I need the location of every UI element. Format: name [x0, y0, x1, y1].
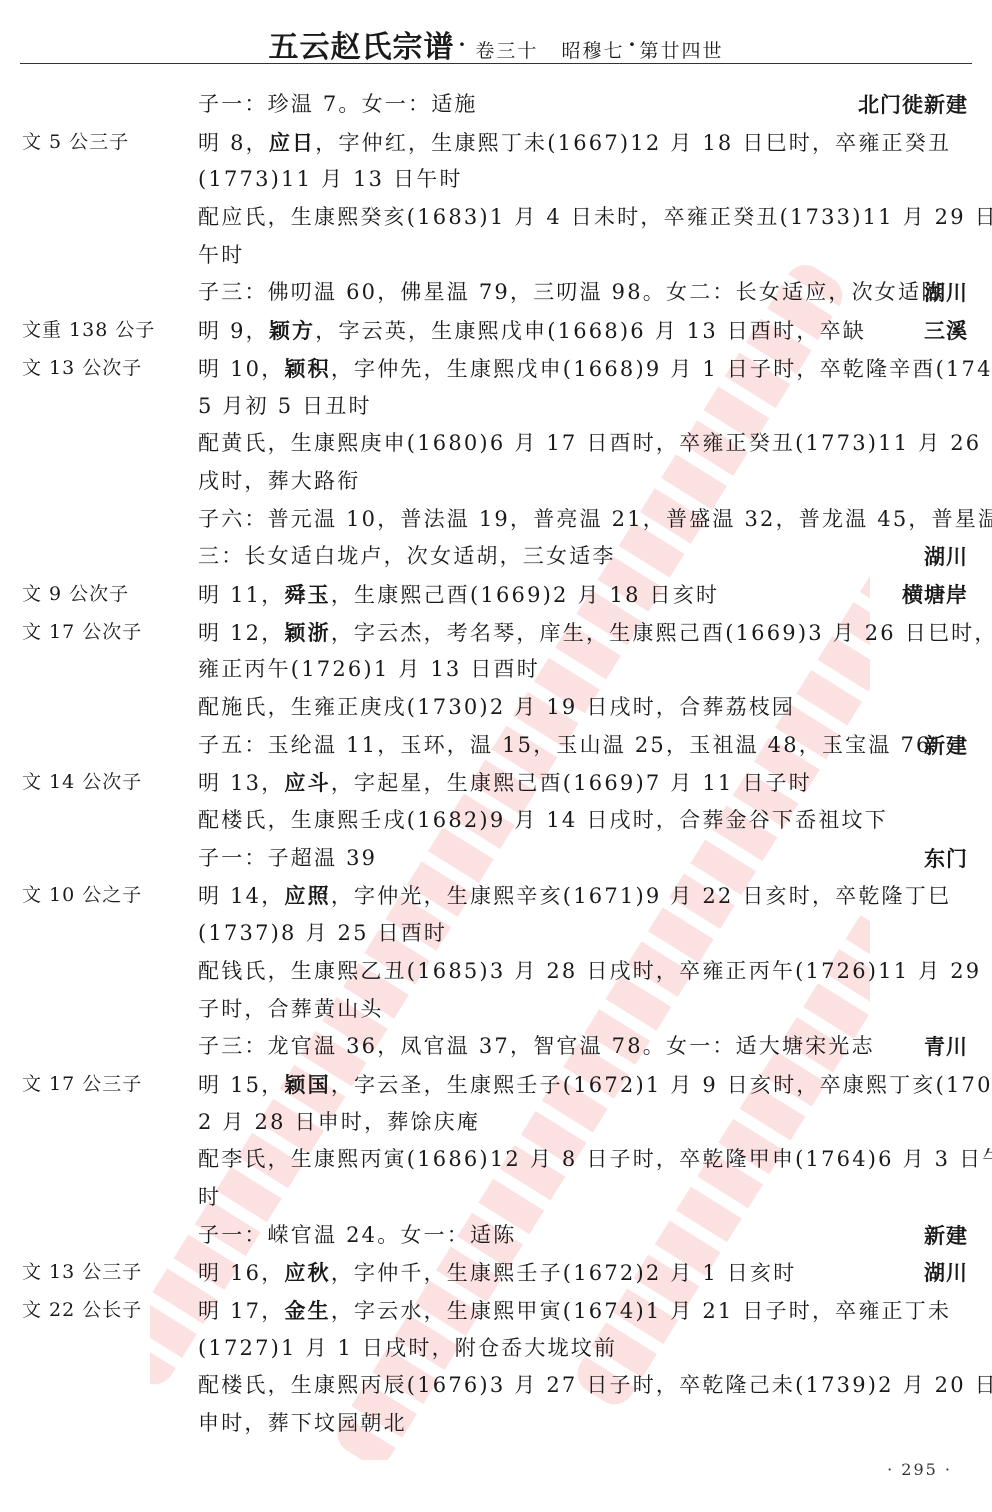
entry-text: 明 17，金生，字云水，生康熙甲寅(1674)1 月 21 日子时，卒雍正丁未 — [198, 1292, 951, 1331]
entry-text: 明 11，舜玉，生康熙己酉(1669)2 月 18 日亥时 — [198, 576, 719, 615]
entry-prefix: 明 9， — [198, 319, 269, 343]
entry-text: 子一：珍温 7。女一：适施 — [198, 86, 478, 124]
entry-text: 子一：嵘官温 24。女一：适陈 — [198, 1217, 516, 1255]
entry-text: (1727)1 月 1 日戌时，附仓岙大垅坟前 — [198, 1330, 617, 1368]
entry-line: 配施氏，生雍正庚戌(1730)2 月 19 日戌时，合葬荔枝园 — [0, 689, 992, 727]
entry-line: 子三：龙官温 36，凤官温 37，智官温 78。女一：适大塘宋光志青川 — [0, 1028, 992, 1066]
person-name: 应斗 — [284, 770, 330, 795]
entry-prefix: 子一：嵘官温 24。女一：适陈 — [198, 1223, 516, 1247]
lineage-label: 文 10 公之子 — [22, 877, 142, 915]
person-name: 应日 — [269, 130, 315, 155]
entry-prefix: 明 12， — [198, 621, 284, 645]
entry-prefix: 子三：佛叨温 60，佛星温 79，三叨温 98。女二：长女适应，次女适陈 — [198, 280, 944, 304]
entry-text: 配李氏，生康熙丙寅(1686)12 月 8 日子时，卒乾隆甲申(1764)6 月… — [198, 1141, 992, 1179]
entry-details: ，字起星，生康熙己酉(1669)7 月 11 日子时 — [331, 771, 812, 795]
entry-line: (1773)11 月 13 日午时 — [0, 161, 992, 199]
entry-line: 子六：普元温 10，普法温 19，普亮温 21，普盛温 32，普龙温 45，普星… — [0, 501, 992, 539]
entry-details: ，字仲光，生康熙辛亥(1671)9 月 22 日亥时，卒乾隆丁巳 — [331, 884, 951, 908]
residence-place: 新建 — [924, 727, 968, 765]
entry-prefix: 子一：珍温 7。女一：适施 — [198, 92, 478, 116]
entry-details: ，字云水，生康熙甲寅(1674)1 月 21 日子时，卒雍正丁未 — [331, 1299, 951, 1323]
person-name: 颖积 — [284, 356, 330, 381]
entry-line: 子一：嵘官温 24。女一：适陈新建 — [0, 1217, 992, 1255]
lineage-label: 文 13 公三子 — [22, 1254, 142, 1292]
entry-text: 配楼氏，生康熙壬戌(1682)9 月 14 日戌时，合葬金谷下岙祖坟下 — [198, 802, 888, 840]
residence-place: 新建 — [924, 1217, 968, 1255]
entry-text: 明 15，颖国，字云圣，生康熙壬子(1672)1 月 9 日亥时，卒康熙丁亥(1… — [198, 1066, 992, 1105]
entry-text: 明 13，应斗，字起星，生康熙己酉(1669)7 月 11 日子时 — [198, 764, 812, 803]
lineage-label: 文重 138 公子 — [22, 312, 155, 350]
residence-place: 湖川 — [924, 538, 968, 576]
entry-prefix: (1773)11 月 13 日午时 — [198, 167, 463, 191]
book-title: 五云赵氏宗谱 — [268, 30, 454, 65]
residence-place: 三溪 — [924, 312, 968, 350]
entry-prefix: 戌时，葬大路衔 — [198, 469, 360, 493]
entry-line: 文 17 公次子明 12，颖浙，字云杰，考名琴，庠生，生康熙己酉(1669)3 … — [0, 614, 992, 652]
entry-text: 午时 — [198, 237, 244, 275]
lineage-label: 文 9 公次子 — [22, 576, 129, 614]
entry-prefix: 配黄氏，生康熙庚申(1680)6 月 17 日酉时，卒雍正癸丑(1773)11 … — [198, 431, 992, 455]
entry-line: (1727)1 月 1 日戌时，附仓岙大垅坟前 — [0, 1330, 992, 1368]
entry-line: 三：长女适白垅卢，次女适胡，三女适李湖川 — [0, 538, 992, 576]
entry-line: 雍正丙午(1726)1 月 13 日酉时 — [0, 651, 992, 689]
entry-text: 三：长女适白垅卢，次女适胡，三女适李 — [198, 538, 616, 576]
entry-prefix: 明 16， — [198, 1261, 284, 1285]
page-header: 五云赵氏宗谱·卷三十 昭穆七·第廿四世 — [0, 22, 992, 62]
entry-prefix: 三：长女适白垅卢，次女适胡，三女适李 — [198, 544, 616, 568]
person-name: 舜玉 — [284, 582, 330, 607]
entry-text: 雍正丙午(1726)1 月 13 日酉时 — [198, 651, 540, 689]
entry-details: ，字仲红，生康熙丁未(1667)12 月 18 日巳时，卒雍正癸丑 — [315, 131, 951, 155]
entry-line: 配楼氏，生康熙壬戌(1682)9 月 14 日戌时，合葬金谷下岙祖坟下 — [0, 802, 992, 840]
entry-prefix: 配应氏，生康熙癸亥(1683)1 月 4 日未时，卒雍正癸丑(1733)11 月… — [198, 205, 992, 229]
header-rule — [20, 63, 972, 64]
entry-line: (1737)8 月 25 日酉时 — [0, 915, 992, 953]
entry-prefix: 配李氏，生康熙丙寅(1686)12 月 8 日子时，卒乾隆甲申(1764)6 月… — [198, 1147, 992, 1171]
page-number: · 295 · — [887, 1460, 952, 1479]
entry-prefix: 5 月初 5 日丑时 — [198, 394, 372, 418]
separator-dot: · — [458, 32, 465, 56]
entry-line: 文 13 公次子明 10，颖积，字仲先，生康熙戊申(1668)9 月 1 日子时… — [0, 350, 992, 388]
entry-prefix: 雍正丙午(1726)1 月 13 日酉时 — [198, 657, 540, 681]
section-label: 昭穆七 — [562, 40, 625, 62]
entry-details: ，字仲先，生康熙戊申(1668)9 月 1 日子时，卒乾隆辛酉(1741) — [331, 357, 992, 381]
entry-text: 明 10，颖积，字仲先，生康熙戊申(1668)9 月 1 日子时，卒乾隆辛酉(1… — [198, 350, 992, 389]
entry-line: 文 17 公三子明 15，颖国，字云圣，生康熙壬子(1672)1 月 9 日亥时… — [0, 1066, 992, 1104]
entry-text: 子一：子超温 39 — [198, 840, 377, 878]
entry-prefix: (1727)1 月 1 日戌时，附仓岙大垅坟前 — [198, 1336, 617, 1360]
entry-text: 2 月 28 日申时，葬馀庆庵 — [198, 1104, 480, 1142]
entry-prefix: 时 — [198, 1185, 221, 1209]
entry-line: 5 月初 5 日丑时 — [0, 388, 992, 426]
entry-prefix: 2 月 28 日申时，葬馀庆庵 — [198, 1110, 480, 1134]
entry-text: 明 16，应秋，字仲千，生康熙壬子(1672)2 月 1 日亥时 — [198, 1254, 796, 1293]
entry-line: 配黄氏，生康熙庚申(1680)6 月 17 日酉时，卒雍正癸丑(1773)11 … — [0, 425, 992, 463]
lineage-label: 文 17 公三子 — [22, 1066, 142, 1104]
entry-text: 子三：佛叨温 60，佛星温 79，三叨温 98。女二：长女适应，次女适陈 — [198, 274, 944, 312]
entry-prefix: 配楼氏，生康熙丙辰(1676)3 月 27 日子时，卒乾隆己未(1739)2 月… — [198, 1373, 992, 1397]
residence-place: 横塘岸 — [902, 576, 968, 614]
entry-prefix: 明 13， — [198, 771, 284, 795]
entry-line: 子一：子超温 39东门 — [0, 840, 992, 878]
entry-details: ，字云圣，生康熙壬子(1672)1 月 9 日亥时，卒康熙丁亥(1707) — [331, 1073, 992, 1097]
entry-text: 时 — [198, 1179, 221, 1217]
entry-line: 子一：珍温 7。女一：适施北门徙新建 — [0, 86, 992, 124]
lineage-label: 文 13 公次子 — [22, 350, 142, 388]
entry-line: 配楼氏，生康熙丙辰(1676)3 月 27 日子时，卒乾隆己未(1739)2 月… — [0, 1367, 992, 1405]
residence-place: 湖川 — [924, 274, 968, 312]
entry-details: ，生康熙己酉(1669)2 月 18 日亥时 — [331, 583, 719, 607]
entry-text: 明 12，颖浙，字云杰，考名琴，庠生，生康熙己酉(1669)3 月 26 日巳时… — [198, 614, 992, 653]
entry-text: (1773)11 月 13 日午时 — [198, 161, 463, 199]
entry-text: 子时，合葬黄山头 — [198, 991, 384, 1029]
entry-prefix: 子时，合葬黄山头 — [198, 997, 384, 1021]
entry-details: ，字仲千，生康熙壬子(1672)2 月 1 日亥时 — [331, 1261, 797, 1285]
entry-prefix: 子一：子超温 39 — [198, 846, 377, 870]
entry-details: ，字云英，生康熙戊申(1668)6 月 13 日酉时，卒缺 — [315, 319, 866, 343]
entry-line: 2 月 28 日申时，葬馀庆庵 — [0, 1104, 992, 1142]
residence-place: 东门 — [924, 840, 968, 878]
entry-prefix: 申时，葬下坟园朝北 — [198, 1411, 407, 1435]
volume-label: 卷三十 — [475, 40, 538, 62]
entry-line: 配钱氏，生康熙乙丑(1685)3 月 28 日戌时，卒雍正丙午(1726)11 … — [0, 953, 992, 991]
person-name: 颖浙 — [284, 620, 330, 645]
person-name: 应照 — [284, 883, 330, 908]
entry-prefix: 明 17， — [198, 1299, 284, 1323]
entry-text: 配黄氏，生康熙庚申(1680)6 月 17 日酉时，卒雍正癸丑(1773)11 … — [198, 425, 992, 463]
entry-text: 配钱氏，生康熙乙丑(1685)3 月 28 日戌时，卒雍正丙午(1726)11 … — [198, 953, 992, 991]
entry-text: 配应氏，生康熙癸亥(1683)1 月 4 日未时，卒雍正癸丑(1733)11 月… — [198, 199, 992, 237]
entry-line: 文重 138 公子明 9，颖方，字云英，生康熙戊申(1668)6 月 13 日酉… — [0, 312, 992, 350]
entry-line: 文 9 公次子明 11，舜玉，生康熙己酉(1669)2 月 18 日亥时横塘岸 — [0, 576, 992, 614]
person-name: 应秋 — [284, 1260, 330, 1285]
lineage-label: 文 14 公次子 — [22, 764, 142, 802]
entry-line: 文 13 公三子明 16，应秋，字仲千，生康熙壬子(1672)2 月 1 日亥时… — [0, 1254, 992, 1292]
entry-text: 明 14，应照，字仲光，生康熙辛亥(1671)9 月 22 日亥时，卒乾隆丁巳 — [198, 877, 951, 916]
entry-text: 配施氏，生雍正庚戌(1730)2 月 19 日戌时，合葬荔枝园 — [198, 689, 795, 727]
entry-details: ，字云杰，考名琴，庠生，生康熙己酉(1669)3 月 26 日巳时，卒 — [331, 621, 992, 645]
entry-line: 子五：玉纶温 11，玉环，温 15，玉山温 25，玉祖温 48，玉宝温 76新建 — [0, 727, 992, 765]
entry-prefix: 明 10， — [198, 357, 284, 381]
person-name: 金生 — [284, 1298, 330, 1323]
entry-prefix: 子六：普元温 10，普法温 19，普亮温 21，普盛温 32，普龙温 45，普星… — [198, 507, 992, 531]
entry-prefix: 配钱氏，生康熙乙丑(1685)3 月 28 日戌时，卒雍正丙午(1726)11 … — [198, 959, 992, 983]
entry-text: 子三：龙官温 36，凤官温 37，智官温 78。女一：适大塘宋光志 — [198, 1028, 875, 1066]
residence-place: 湖川 — [924, 1254, 968, 1292]
person-name: 颖方 — [269, 318, 315, 343]
entry-prefix: 明 15， — [198, 1073, 284, 1097]
entry-prefix: 明 14， — [198, 884, 284, 908]
entry-text: 配楼氏，生康熙丙辰(1676)3 月 27 日子时，卒乾隆己未(1739)2 月… — [198, 1367, 992, 1405]
entry-line: 戌时，葬大路衔 — [0, 463, 992, 501]
lineage-label: 文 22 公长子 — [22, 1292, 142, 1330]
entry-text: 明 9，颖方，字云英，生康熙戊申(1668)6 月 13 日酉时，卒缺 — [198, 312, 866, 351]
genealogy-entries: 子一：珍温 7。女一：适施北门徙新建文 5 公三子明 8，应日，字仲红，生康熙丁… — [0, 86, 992, 1443]
lineage-label: 文 5 公三子 — [22, 124, 129, 162]
entry-line: 文 10 公之子明 14，应照，字仲光，生康熙辛亥(1671)9 月 22 日亥… — [0, 877, 992, 915]
entry-line: 文 22 公长子明 17，金生，字云水，生康熙甲寅(1674)1 月 21 日子… — [0, 1292, 992, 1330]
entry-text: (1737)8 月 25 日酉时 — [198, 915, 447, 953]
entry-text: 5 月初 5 日丑时 — [198, 388, 372, 426]
entry-prefix: 明 8， — [198, 131, 269, 155]
entry-line: 配李氏，生康熙丙寅(1686)12 月 8 日子时，卒乾隆甲申(1764)6 月… — [0, 1141, 992, 1179]
separator-dot: · — [629, 32, 636, 56]
entry-text: 子六：普元温 10，普法温 19，普亮温 21，普盛温 32，普龙温 45，普星… — [198, 501, 992, 539]
entry-line: 子时，合葬黄山头 — [0, 991, 992, 1029]
entry-line: 子三：佛叨温 60，佛星温 79，三叨温 98。女二：长女适应，次女适陈湖川 — [0, 274, 992, 312]
entry-line: 文 5 公三子明 8，应日，字仲红，生康熙丁未(1667)12 月 18 日巳时… — [0, 124, 992, 162]
entry-text: 子五：玉纶温 11，玉环，温 15，玉山温 25，玉祖温 48，玉宝温 76 — [198, 727, 932, 765]
entry-text: 戌时，葬大路衔 — [198, 463, 360, 501]
entry-prefix: 子五：玉纶温 11，玉环，温 15，玉山温 25，玉祖温 48，玉宝温 76 — [198, 733, 932, 757]
entry-prefix: 子三：龙官温 36，凤官温 37，智官温 78。女一：适大塘宋光志 — [198, 1034, 875, 1058]
entry-prefix: 配楼氏，生康熙壬戌(1682)9 月 14 日戌时，合葬金谷下岙祖坟下 — [198, 808, 888, 832]
entry-prefix: 明 11， — [198, 583, 284, 607]
lineage-label: 文 17 公次子 — [22, 614, 142, 652]
person-name: 颖国 — [284, 1072, 330, 1097]
residence-place: 北门徙新建 — [858, 86, 968, 124]
entry-line: 时 — [0, 1179, 992, 1217]
entry-text: 申时，葬下坟园朝北 — [198, 1405, 407, 1443]
entry-prefix: (1737)8 月 25 日酉时 — [198, 921, 447, 945]
residence-place: 青川 — [924, 1028, 968, 1066]
entry-line: 文 14 公次子明 13，应斗，字起星，生康熙己酉(1669)7 月 11 日子… — [0, 764, 992, 802]
entry-prefix: 配施氏，生雍正庚戌(1730)2 月 19 日戌时，合葬荔枝园 — [198, 695, 795, 719]
entry-prefix: 午时 — [198, 243, 244, 267]
entry-text: 明 8，应日，字仲红，生康熙丁未(1667)12 月 18 日巳时，卒雍正癸丑 — [198, 124, 951, 163]
entry-line: 申时，葬下坟园朝北 — [0, 1405, 992, 1443]
entry-line: 配应氏，生康熙癸亥(1683)1 月 4 日未时，卒雍正癸丑(1733)11 月… — [0, 199, 992, 237]
entry-line: 午时 — [0, 237, 992, 275]
generation-label: 第廿四世 — [640, 40, 724, 62]
